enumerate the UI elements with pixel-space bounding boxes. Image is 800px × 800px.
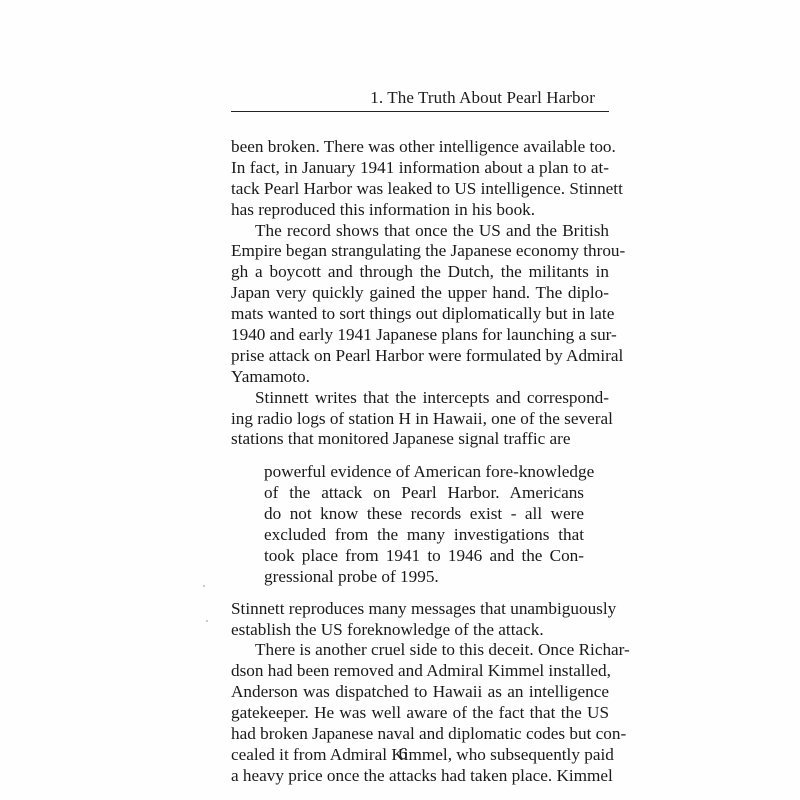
quote-line: took place from 1941 to 1946 and the Con… (264, 546, 584, 567)
quote-line: powerful evidence of American fore-knowl… (264, 462, 584, 483)
text-line: Anderson was dispatched to Hawaii as an … (231, 682, 609, 703)
text-line: Stinnett writes that the intercepts and … (231, 388, 609, 409)
text-line: had broken Japanese naval and diplomatic… (231, 724, 609, 745)
page-number: 6 (0, 744, 800, 764)
text-line: a heavy price once the attacks had taken… (231, 766, 609, 787)
text-line: In fact, in January 1941 information abo… (231, 158, 609, 179)
text-line: Japan very quickly gained the upper hand… (231, 283, 609, 304)
quote-line: gressional probe of 1995. (264, 567, 584, 588)
quote-line: excluded from the many investigations th… (264, 525, 584, 546)
text-line: stations that monitored Japanese signal … (231, 429, 609, 450)
text-line: Stinnett reproduces many messages that u… (231, 599, 609, 620)
scan-speck (206, 620, 208, 622)
text-line: gatekeeper. He was well aware of the fac… (231, 703, 609, 724)
text-line: dson had been removed and Admiral Kimmel… (231, 661, 609, 682)
text-line: Empire began strangulating the Japanese … (231, 241, 609, 262)
running-head: 1. The Truth About Pearl Harbor (231, 88, 609, 108)
scan-speck (559, 488, 561, 490)
text-line: gh a boycott and through the Dutch, the … (231, 262, 609, 283)
scan-speck (203, 585, 205, 587)
paragraph-2: The record shows that once the US and th… (231, 221, 609, 388)
text-line: Yamamoto. (231, 367, 609, 388)
text-line: ing radio logs of station H in Hawaii, o… (231, 409, 609, 430)
text-line: mats wanted to sort things out diplomati… (231, 304, 609, 325)
quote-line: of the attack on Pearl Harbor. Americans (264, 483, 584, 504)
text-line: been broken. There was other intelligenc… (231, 137, 609, 158)
text-line: 1940 and early 1941 Japanese plans for l… (231, 325, 609, 346)
block-quote: powerful evidence of American fore-knowl… (231, 462, 584, 587)
text-line: tack Pearl Harbor was leaked to US intel… (231, 179, 609, 200)
text-line: has reproduced this information in his b… (231, 200, 609, 221)
book-page: 1. The Truth About Pearl Harbor been bro… (0, 0, 800, 800)
text-line: There is another cruel side to this dece… (231, 640, 609, 661)
paragraph-3: Stinnett writes that the intercepts and … (231, 388, 609, 451)
header-rule (231, 111, 609, 112)
paragraph-4: Stinnett reproduces many messages that u… (231, 599, 609, 641)
paragraph-1: been broken. There was other intelligenc… (231, 137, 609, 221)
paragraph-5: There is another cruel side to this dece… (231, 640, 609, 786)
text-line: prise attack on Pearl Harbor were formul… (231, 346, 609, 367)
text-line: establish the US foreknowledge of the at… (231, 620, 609, 641)
body-text: been broken. There was other intelligenc… (231, 137, 609, 787)
quote-line: do not know these records exist - all we… (264, 504, 584, 525)
text-line: The record shows that once the US and th… (231, 221, 609, 242)
